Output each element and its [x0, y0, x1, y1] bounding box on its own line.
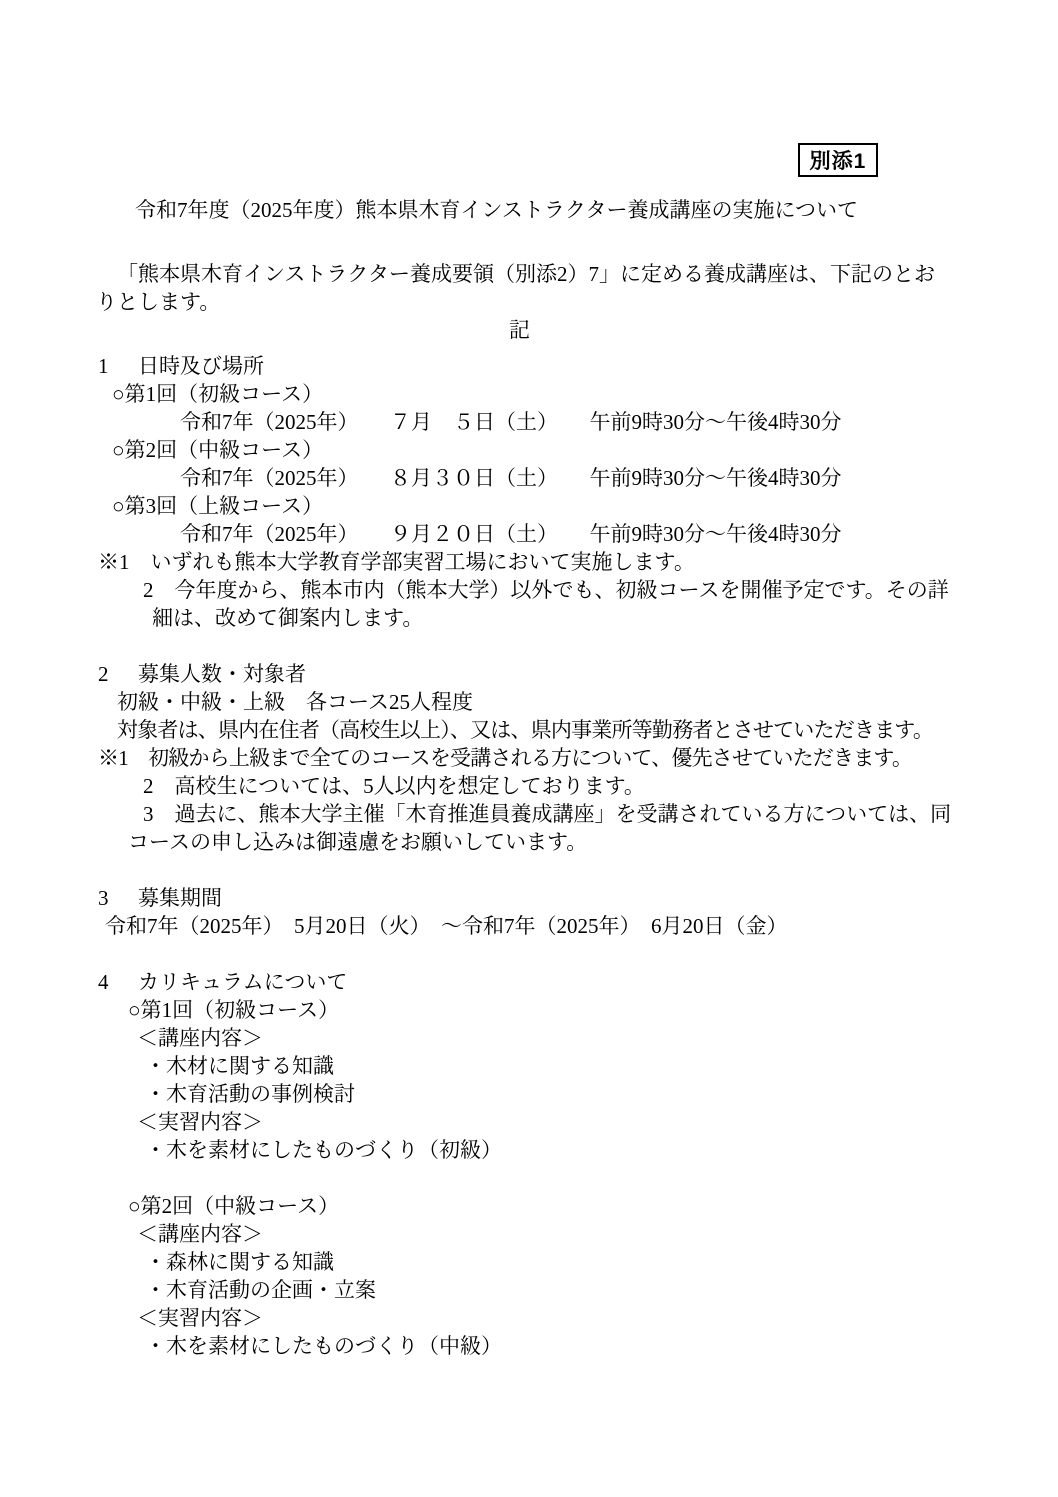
section-4-course-1-practice-item-1: ・木を素材にしたものづくり（初級）	[145, 1136, 1001, 1164]
attachment-label: 別添1	[810, 145, 867, 175]
spacer	[96, 940, 1001, 968]
section-4-course-2-practice-header: ＜実習内容＞	[137, 1304, 1001, 1332]
section-1-number: 1	[98, 352, 138, 380]
spacer	[96, 224, 1001, 252]
section-1-round-3-datetime: 令和7年（2025年） ９月２０日（土） 午前9時30分～午後4時30分	[180, 520, 1001, 548]
record-marker: 記	[509, 316, 1001, 344]
spacer	[96, 856, 1001, 884]
section-1-round-2-title: ○第2回（中級コース）	[112, 436, 1001, 464]
section-4-heading: 4カリキュラムについて	[98, 968, 1001, 996]
section-2-note-2: 2 高校生については、5人以内を想定しております。	[143, 772, 1001, 800]
section-4-course-2-practice-item-1: ・木を素材にしたものづくり（中級）	[145, 1332, 1001, 1360]
section-2-number: 2	[98, 660, 138, 688]
section-1-heading: 1日時及び場所	[98, 352, 1001, 380]
section-1-round-3-title: ○第3回（上級コース）	[112, 492, 1001, 520]
section-1-note-1: ※1 いずれも熊本大学教育学部実習工場において実施します。	[98, 548, 1001, 576]
section-2-note-3-line-1: 3 過去に、熊本大学主催「木育推進員養成講座」を受講されている方については、同	[143, 800, 1001, 828]
section-1-round-2-datetime: 令和7年（2025年） ８月３０日（土） 午前9時30分～午後4時30分	[180, 464, 1001, 492]
document-title: 令和7年度（2025年度）熊本県木育インストラクター養成講座の実施について	[135, 196, 1001, 224]
section-4-course-1-lecture-item-1: ・木材に関する知識	[145, 1052, 1001, 1080]
section-3-heading-text: 募集期間	[138, 886, 222, 910]
attachment-label-box: 別添1	[798, 143, 878, 177]
section-4-course-2-lecture-item-1: ・森林に関する知識	[145, 1248, 1001, 1276]
section-2-note-1: ※1 初級から上級まで全てのコースを受講される方について、優先させていただきます…	[98, 744, 1001, 772]
section-4-number: 4	[98, 968, 138, 996]
section-1-round-1-title: ○第1回（初級コース）	[112, 380, 1001, 408]
section-1-note-2-line-1: 2 今年度から、熊本市内（熊本大学）以外でも、初級コースを開催予定です。その詳	[143, 576, 1001, 604]
section-1-round-1-datetime: 令和7年（2025年） ７月 ５日（土） 午前9時30分～午後4時30分	[180, 408, 1001, 436]
section-4-course-1-lecture-header: ＜講座内容＞	[137, 1024, 1001, 1052]
section-4-course-2-lecture-item-2: ・木育活動の企画・立案	[145, 1276, 1001, 1304]
section-3-period: 令和7年（2025年） 5月20日（火） ～令和7年（2025年） 6月20日（…	[105, 912, 1001, 940]
section-2-note-3-line-2: コースの申し込みは御遠慮をお願いしています。	[128, 828, 1001, 856]
document-page: 別添1 令和7年度（2025年度）熊本県木育インストラクター養成講座の実施につい…	[0, 0, 1058, 1497]
section-4-course-2-lecture-header: ＜講座内容＞	[137, 1220, 1001, 1248]
document-body: 令和7年度（2025年度）熊本県木育インストラクター養成講座の実施について 「熊…	[96, 188, 1001, 1360]
spacer	[96, 632, 1001, 660]
section-4-course-1-title: ○第1回（初級コース）	[128, 996, 1001, 1024]
section-4-course-1-lecture-item-2: ・木育活動の事例検討	[145, 1080, 1001, 1108]
spacer	[96, 1164, 1001, 1192]
section-4-course-2-title: ○第2回（中級コース）	[128, 1192, 1001, 1220]
section-2-heading: 2募集人数・対象者	[98, 660, 1001, 688]
intro-paragraph-line-1: 「熊本県木育インストラクター養成要領（別添2）7」に定める養成講座は、下記のとお	[96, 260, 1001, 288]
section-3-number: 3	[98, 884, 138, 912]
intro-paragraph-line-2: りとします。	[96, 288, 1001, 316]
section-1-heading-text: 日時及び場所	[138, 354, 264, 378]
section-4-heading-text: カリキュラムについて	[138, 970, 347, 994]
section-2-capacity: 初級・中級・上級 各コース25人程度	[117, 688, 1001, 716]
section-4-course-1-practice-header: ＜実習内容＞	[137, 1108, 1001, 1136]
section-3-heading: 3募集期間	[98, 884, 1001, 912]
section-1-note-2-line-2: 細は、改めて御案内します。	[152, 604, 1001, 632]
section-2-eligibility: 対象者は、県内在住者（高校生以上）、又は、県内事業所等勤務者とさせていただきます…	[117, 716, 1001, 744]
section-2-heading-text: 募集人数・対象者	[138, 662, 306, 686]
